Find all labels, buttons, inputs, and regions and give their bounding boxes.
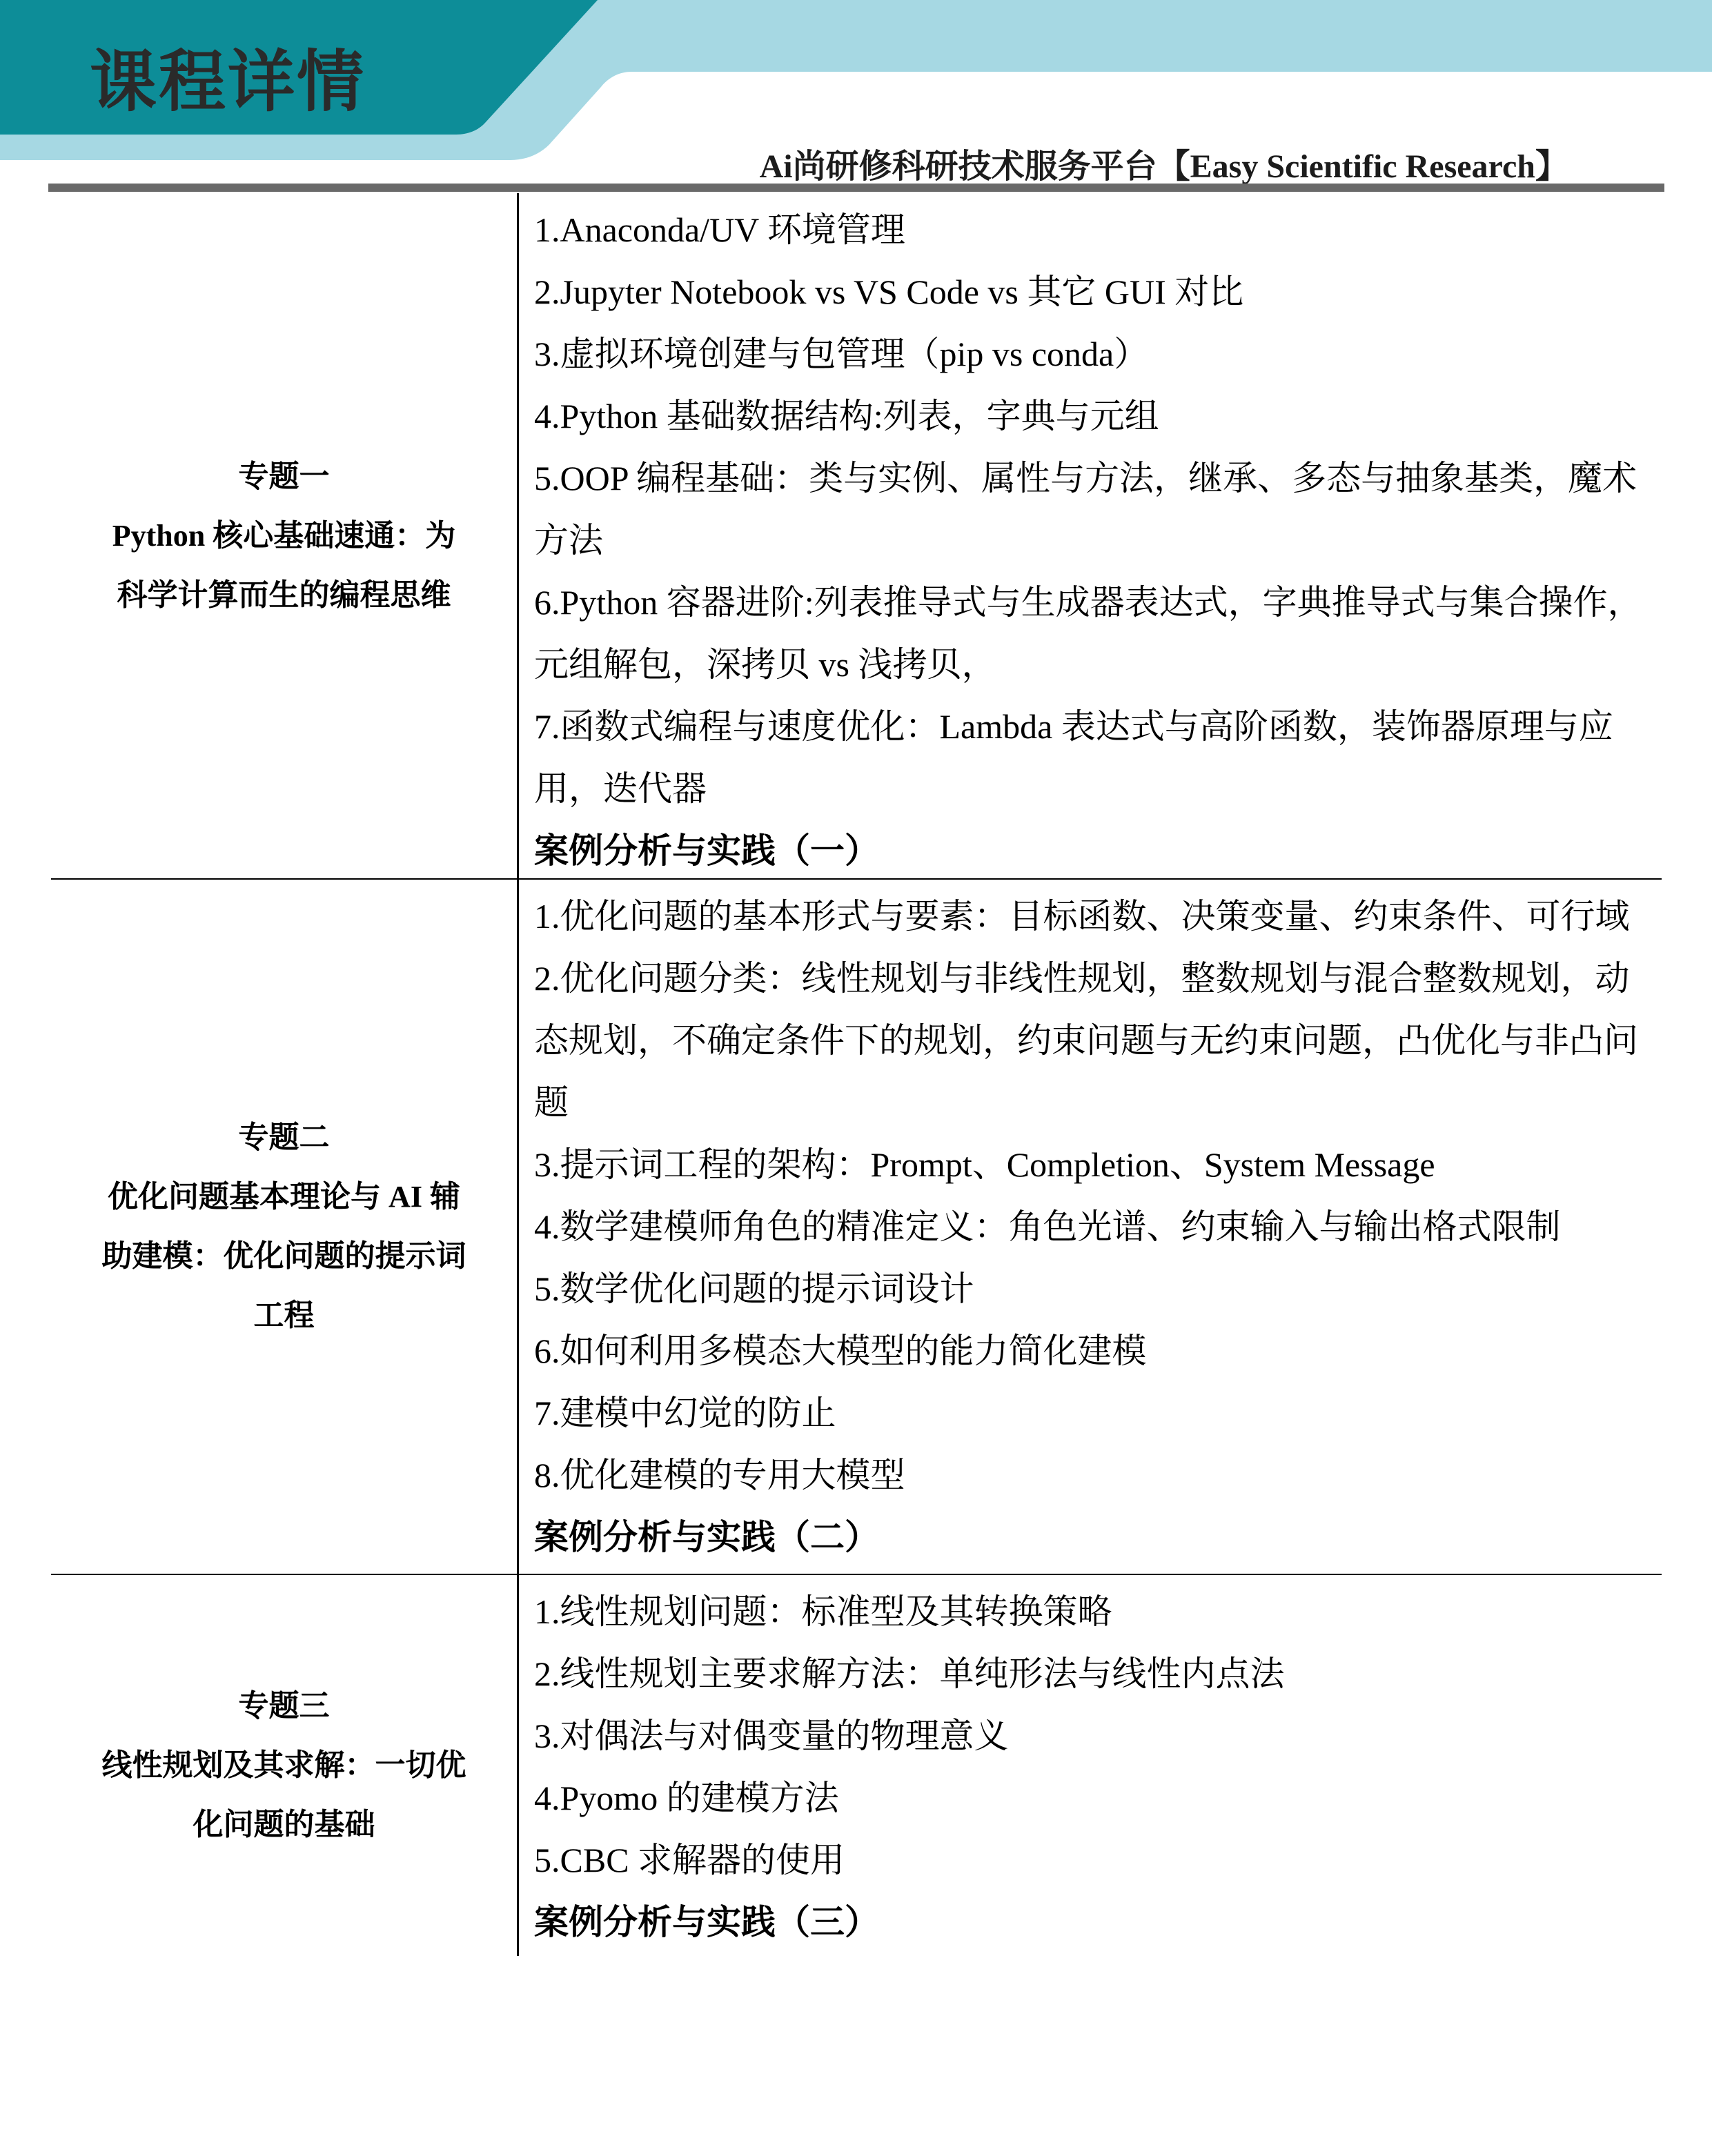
items-cell: 1.线性规划问题：标准型及其转换策略 2.线性规划主要求解方法：单纯形法与线性内… bbox=[519, 1575, 1662, 1956]
platform-title: Ai尚研修科研技术服务平台【Easy Scientific Research】 bbox=[760, 139, 1568, 187]
course-item: 5.数学优化问题的提示词设计 bbox=[534, 1258, 1659, 1320]
items-cell: 1.Anaconda/UV 环境管理 2.Jupyter Notebook vs… bbox=[519, 193, 1662, 878]
course-item: 2.Jupyter Notebook vs VS Code vs 其它 GUI … bbox=[534, 261, 1659, 323]
course-item: 3.虚拟环境创建与包管理（pip vs conda） bbox=[534, 323, 1659, 385]
topic-line: 科学计算而生的编程思维 bbox=[117, 566, 451, 625]
table-row: 专题一 Python 核心基础速通：为 科学计算而生的编程思维 1.Anacon… bbox=[51, 193, 1662, 880]
topic-line: 专题一 bbox=[239, 447, 330, 506]
topic-cell: 专题三 线性规划及其求解：一切优 化问题的基础 bbox=[51, 1575, 519, 1956]
topic-line: Python 核心基础速通：为 bbox=[112, 506, 455, 566]
course-item: 7.函数式编程与速度优化：Lambda 表达式与高阶函数，装饰器原理与应用，迭代… bbox=[534, 695, 1659, 820]
course-item: 2.优化问题分类：线性规划与非线性规划，整数规划与混合整数规划，动态规划，不确定… bbox=[534, 947, 1659, 1134]
course-item: 4.Python 基础数据结构:列表，字典与元组 bbox=[534, 385, 1659, 447]
practice-label: 案例分析与实践（三） bbox=[534, 1891, 1659, 1953]
topic-line: 工程 bbox=[254, 1286, 315, 1345]
topic-line: 专题二 bbox=[239, 1108, 330, 1167]
practice-label: 案例分析与实践（二） bbox=[534, 1506, 1659, 1568]
course-item: 4.数学建模师角色的精准定义：角色光谱、约束输入与输出格式限制 bbox=[534, 1196, 1659, 1258]
topic-cell: 专题一 Python 核心基础速通：为 科学计算而生的编程思维 bbox=[51, 193, 519, 878]
course-item: 3.提示词工程的架构：Prompt、Completion、System Mess… bbox=[534, 1134, 1659, 1196]
page-title: 课程详情 bbox=[90, 28, 366, 124]
course-item: 3.对偶法与对偶变量的物理意义 bbox=[534, 1705, 1659, 1767]
course-table: 专题一 Python 核心基础速通：为 科学计算而生的编程思维 1.Anacon… bbox=[51, 193, 1662, 1956]
course-item: 4.Pyomo 的建模方法 bbox=[534, 1767, 1659, 1829]
table-row: 专题二 优化问题基本理论与 AI 辅 助建模：优化问题的提示词 工程 1.优化问… bbox=[51, 880, 1662, 1575]
course-item: 5.OOP 编程基础：类与实例、属性与方法，继承、多态与抽象基类，魔术方法 bbox=[534, 447, 1659, 571]
topic-cell: 专题二 优化问题基本理论与 AI 辅 助建模：优化问题的提示词 工程 bbox=[51, 880, 519, 1574]
course-item: 8.优化建模的专用大模型 bbox=[534, 1444, 1659, 1506]
course-item: 6.Python 容器进阶:列表推导式与生成器表达式，字典推导式与集合操作，元组… bbox=[534, 571, 1659, 695]
course-item: 1.优化问题的基本形式与要素：目标函数、决策变量、约束条件、可行域 bbox=[534, 885, 1659, 947]
course-item: 1.Anaconda/UV 环境管理 bbox=[534, 199, 1659, 261]
header-divider-rule bbox=[48, 184, 1664, 192]
course-item: 5.CBC 求解器的使用 bbox=[534, 1829, 1659, 1891]
topic-line: 专题三 bbox=[239, 1677, 330, 1736]
topic-line: 优化问题基本理论与 AI 辅 bbox=[108, 1167, 460, 1227]
course-item: 1.线性规划问题：标准型及其转换策略 bbox=[534, 1581, 1659, 1643]
table-row: 专题三 线性规划及其求解：一切优 化问题的基础 1.线性规划问题：标准型及其转换… bbox=[51, 1575, 1662, 1956]
items-cell: 1.优化问题的基本形式与要素：目标函数、决策变量、约束条件、可行域 2.优化问题… bbox=[519, 880, 1662, 1574]
topic-line: 化问题的基础 bbox=[193, 1795, 375, 1855]
practice-label: 案例分析与实践（一） bbox=[534, 820, 1659, 882]
topic-line: 线性规划及其求解：一切优 bbox=[102, 1736, 466, 1795]
topic-line: 助建模：优化问题的提示词 bbox=[102, 1227, 466, 1286]
course-item: 7.建模中幻觉的防止 bbox=[534, 1382, 1659, 1444]
course-item: 6.如何利用多模态大模型的能力简化建模 bbox=[534, 1320, 1659, 1382]
course-item: 2.线性规划主要求解方法：单纯形法与线性内点法 bbox=[534, 1643, 1659, 1705]
